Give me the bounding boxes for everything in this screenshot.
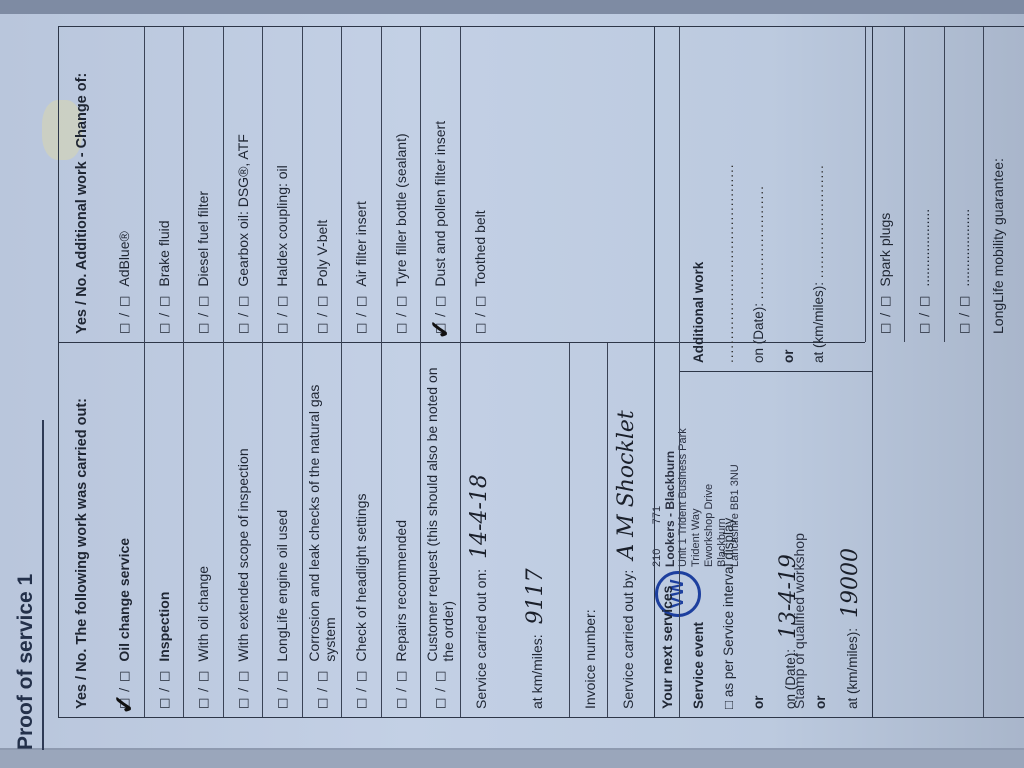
additional-or-label: or <box>774 35 804 363</box>
table-row: □ / □Inspection□ / □Brake fluid <box>144 27 184 717</box>
next-mileage-label: at (km/miles): <box>845 628 860 709</box>
table-row: LongLife mobility guarantee:Volkswagen d… <box>983 27 1024 717</box>
additional-work-column: Additional work ........................… <box>680 27 872 372</box>
additional-work-heading: Additional work <box>684 35 714 363</box>
interval-display-checkbox[interactable]: □ as per Service interval display <box>714 380 744 709</box>
invoice-field[interactable]: Invoice number: <box>569 343 607 717</box>
item-label: Brake fluid <box>156 220 172 286</box>
service-mileage-field[interactable]: at km/miles:9117 <box>517 343 569 717</box>
yes-no-checkbox[interactable]: □ / □ <box>315 670 329 709</box>
next-date-value: 13-4-19 <box>776 554 801 639</box>
right-item: □ / □AdBlue® <box>105 27 144 342</box>
right-item: □ / □Haldex coupling: oil <box>263 27 302 342</box>
item-label: Tyre filler bottle (sealant) <box>393 133 409 286</box>
table-row: □ / □.................... <box>944 27 984 342</box>
item-label: Inspection <box>156 592 172 662</box>
yes-no-checkbox[interactable]: □ / □ <box>878 295 892 334</box>
or-label-2: or <box>806 380 836 709</box>
item-label: Gearbox oil: DSG®, ATF <box>235 134 251 286</box>
item-label: AdBlue® <box>116 231 132 286</box>
yes-no-checkbox[interactable]: □ / □ <box>394 295 408 334</box>
table-row: □ / □Check of headlight settings□ / □Air… <box>341 27 381 717</box>
additional-mileage-label: at (km/miles): <box>811 282 826 363</box>
table-row: □ / □✓Oil change service□ / □AdBlue® <box>105 27 144 717</box>
item-label: .................... <box>916 209 932 287</box>
yes-no-checkbox[interactable]: □ / □ <box>394 670 408 709</box>
page-title: Proof of service 1 <box>14 420 44 750</box>
check-mark-icon: ✓ <box>425 318 456 340</box>
item-label: Poly V-belt <box>314 220 330 287</box>
item-label: Repairs recommended <box>393 520 409 662</box>
additional-mileage-field[interactable]: at (km/miles): ........................ <box>804 35 834 363</box>
item-label: Haldex coupling: oil <box>274 165 290 286</box>
item-label: Corrosion and leak checks of the natural… <box>306 351 338 662</box>
table-row: □ / □LongLife engine oil used□ / □Haldex… <box>262 27 302 717</box>
yes-no-checkbox[interactable]: □ / □ <box>957 295 971 334</box>
yes-no-checkbox[interactable]: □ / □ <box>473 295 487 334</box>
additional-date-value: ........................ <box>751 185 766 299</box>
guarantee-section: LongLife mobility guarantee:Volkswagen d… <box>984 27 1024 342</box>
next-date-label: on (Date): <box>783 649 798 709</box>
additional-work-blank[interactable]: ........................................… <box>714 35 744 363</box>
item-label: LongLife engine oil used <box>274 510 290 662</box>
right-item: □ / □Tyre filler bottle (sealant) <box>382 27 421 342</box>
item-label: With oil change <box>195 566 211 662</box>
left-item: □ / □✓Oil change service <box>105 342 144 717</box>
technician-label: Service carried out by: <box>620 570 636 709</box>
item-label: Air filter insert <box>353 201 369 287</box>
table-row: □ / □Repairs recommended□ / □Tyre filler… <box>381 27 421 717</box>
yes-no-checkbox[interactable]: □ / □ <box>196 670 210 709</box>
service-event-heading: Service event <box>684 380 714 709</box>
table-row: □ / □With oil change□ / □Diesel fuel fil… <box>183 27 223 717</box>
next-services-heading: Your next services <box>655 27 680 717</box>
item-label: Spark plugs <box>877 213 893 287</box>
right-item: □ / □Air filter insert <box>342 27 381 342</box>
left-item: □ / □With extended scope of inspection <box>224 342 263 717</box>
table-row: □ / □Corrosion and leak checks of the na… <box>302 27 342 717</box>
yes-no-checkbox[interactable]: □ / □ <box>236 295 250 334</box>
yes-no-checkbox[interactable]: □ / □ <box>236 670 250 709</box>
additional-date-label: on (Date): <box>751 303 766 363</box>
table-row: □ / □Customer request (this should also … <box>420 27 460 717</box>
left-item: □ / □Corrosion and leak checks of the na… <box>303 342 342 717</box>
yes-no-checkbox[interactable]: □ / □ <box>157 670 171 709</box>
check-mark-icon: ✓ <box>109 693 140 715</box>
right-item: □ / □Brake fluid <box>145 27 184 342</box>
item-label: Toothed belt <box>472 210 488 286</box>
technician-field[interactable]: Service carried out by:A M Shocklet <box>607 343 645 717</box>
invoice-label: Invoice number: <box>582 609 598 709</box>
yes-no-checkbox[interactable]: □ / □ <box>157 295 171 334</box>
yes-no-checkbox[interactable]: □ / □ <box>275 295 289 334</box>
yes-no-checkbox[interactable]: □ / □ <box>117 295 131 334</box>
left-item: □ / □Customer request (this should also … <box>421 342 460 717</box>
yes-no-checkbox[interactable]: □ / □ <box>354 295 368 334</box>
item-label: Customer request (this should also be no… <box>424 351 456 662</box>
right-item: □ / □Toothed belt <box>461 27 500 342</box>
yes-no-checkbox[interactable]: □ / □ <box>315 295 329 334</box>
item-label: Oil change service <box>116 538 132 662</box>
right-header: Yes / No. Additional work - Change of: <box>59 27 105 342</box>
right-item: □ / □Diesel fuel filter <box>184 27 223 342</box>
additional-date-field[interactable]: on (Date): ........................ <box>744 35 774 363</box>
service-booklet-page: Proof of service 1 Yes / No. The followi… <box>0 28 990 768</box>
table-row: □ / □.................... <box>904 27 944 342</box>
service-event-column: Service event □ as per Service interval … <box>680 372 872 717</box>
technician-signature: A M Shocklet <box>614 410 639 559</box>
right-item: □ / □Poly V-belt <box>303 27 342 342</box>
left-item: □ / □Inspection <box>145 342 184 717</box>
right-item: □ / □.................... <box>905 27 944 342</box>
service-mileage-value: 9117 <box>523 568 548 624</box>
next-mileage-value: 19000 <box>838 548 863 618</box>
service-mileage-label: at km/miles: <box>529 634 545 709</box>
right-item: □ / □Gearbox oil: DSG®, ATF <box>224 27 263 342</box>
service-date-field[interactable]: Service carried out on:14-4-18 <box>461 343 517 717</box>
left-item: □ / □LongLife engine oil used <box>263 342 302 717</box>
left-item: □ / □With oil change <box>184 342 223 717</box>
yes-no-checkbox[interactable]: □ / □ <box>275 670 289 709</box>
table-row: □ / □With extended scope of inspection□ … <box>223 27 263 717</box>
next-date-field[interactable]: on (Date):13-4-19 <box>774 380 806 709</box>
longlife-guarantee-label: LongLife mobility guarantee: <box>990 35 1006 334</box>
next-mileage-field[interactable]: at (km/miles):19000 <box>836 380 868 709</box>
left-item: □ / □Repairs recommended <box>382 342 421 717</box>
service-date-value: 14-4-18 <box>467 474 492 559</box>
item-label: Dust and pollen filter insert <box>432 121 448 287</box>
yes-no-checkbox[interactable]: □ / □ <box>196 295 210 334</box>
yes-no-checkbox[interactable]: □ / □ <box>433 670 447 709</box>
left-header: Yes / No. The following work was carried… <box>59 342 105 717</box>
right-item: □ / □✓Dust and pollen filter insert <box>421 27 460 342</box>
right-item: □ / □.................... <box>945 27 984 342</box>
additional-mileage-value: ........................ <box>811 164 826 278</box>
next-services-box: Your next services Service event □ as pe… <box>654 26 873 718</box>
yes-no-checkbox[interactable]: □ / □ <box>917 295 931 334</box>
item-label: Check of headlight settings <box>353 494 369 662</box>
or-label: or <box>744 380 774 709</box>
item-label: .................... <box>956 209 972 287</box>
left-item: □ / □Check of headlight settings <box>342 342 381 717</box>
yes-no-checkbox[interactable]: □ / □ <box>354 670 368 709</box>
service-date-label: Service carried out on: <box>473 569 489 709</box>
item-label: Diesel fuel filter <box>195 191 211 287</box>
item-label: With extended scope of inspection <box>235 448 251 661</box>
work-table: Yes / No. The following work was carried… <box>58 26 1024 718</box>
